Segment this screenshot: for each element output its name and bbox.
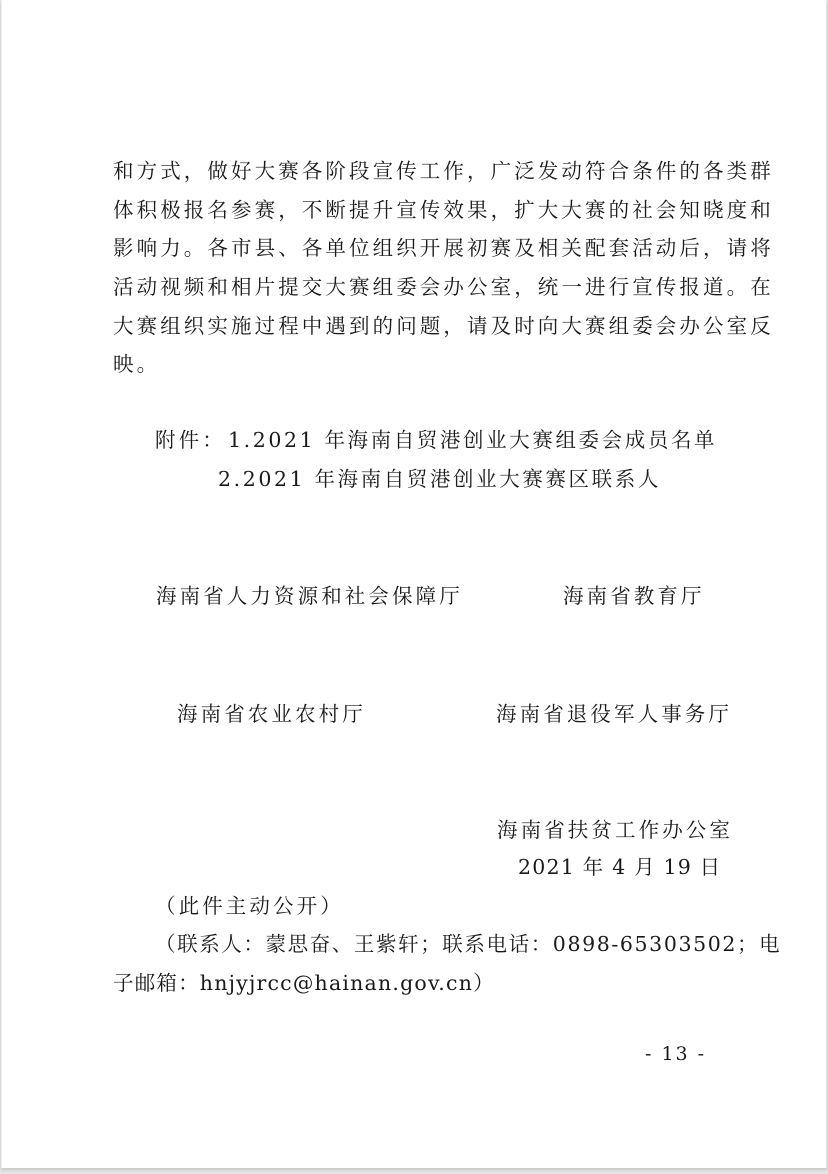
body-line: 体积极报名参赛，不断提升宣传效果，扩大大赛的社会知晓度和: [113, 196, 774, 224]
document-page: 和方式，做好大赛各阶段宣传工作，广泛发动符合条件的各类群 体积极报名参赛，不断提…: [1, 0, 827, 1168]
disclosure-note: （此件主动公开）: [155, 892, 344, 920]
body-line: 大赛组织实施过程中遇到的问题，请及时向大赛组委会办公室反: [113, 312, 774, 340]
contact-line: 子邮箱：hnjyjrcc@hainan.gov.cn）: [113, 969, 495, 997]
signatory-agriculture: 海南省农业农村厅: [177, 700, 366, 728]
body-line: 影响力。各市县、各单位组织开展初赛及相关配套活动后，请将: [113, 234, 774, 262]
signatory-hrss: 海南省人力资源和社会保障厅: [156, 582, 463, 610]
contact-line: （联系人：蒙思奋、王紫轩；联系电话：0898-65303502；电: [155, 930, 781, 958]
document-date: 2021 年 4 月 19 日: [518, 853, 721, 881]
signatory-poverty-office: 海南省扶贫工作办公室: [497, 816, 733, 844]
body-line: 映。: [113, 350, 160, 378]
signatory-education: 海南省教育厅: [563, 582, 705, 610]
attachment-item: 2.2021 年海南自贸港创业大赛赛区联系人: [218, 465, 661, 493]
body-line: 和方式，做好大赛各阶段宣传工作，广泛发动符合条件的各类群: [113, 157, 774, 185]
attachments-label: 附件：: [155, 426, 226, 454]
page-number: - 13 -: [645, 1040, 706, 1068]
body-line: 活动视频和相片提交大赛组委会办公室，统一进行宣传报道。在: [113, 273, 774, 301]
signatory-veterans: 海南省退役军人事务厅: [496, 700, 732, 728]
attachment-item: 1.2021 年海南自贸港创业大赛组委会成员名单: [228, 426, 717, 454]
